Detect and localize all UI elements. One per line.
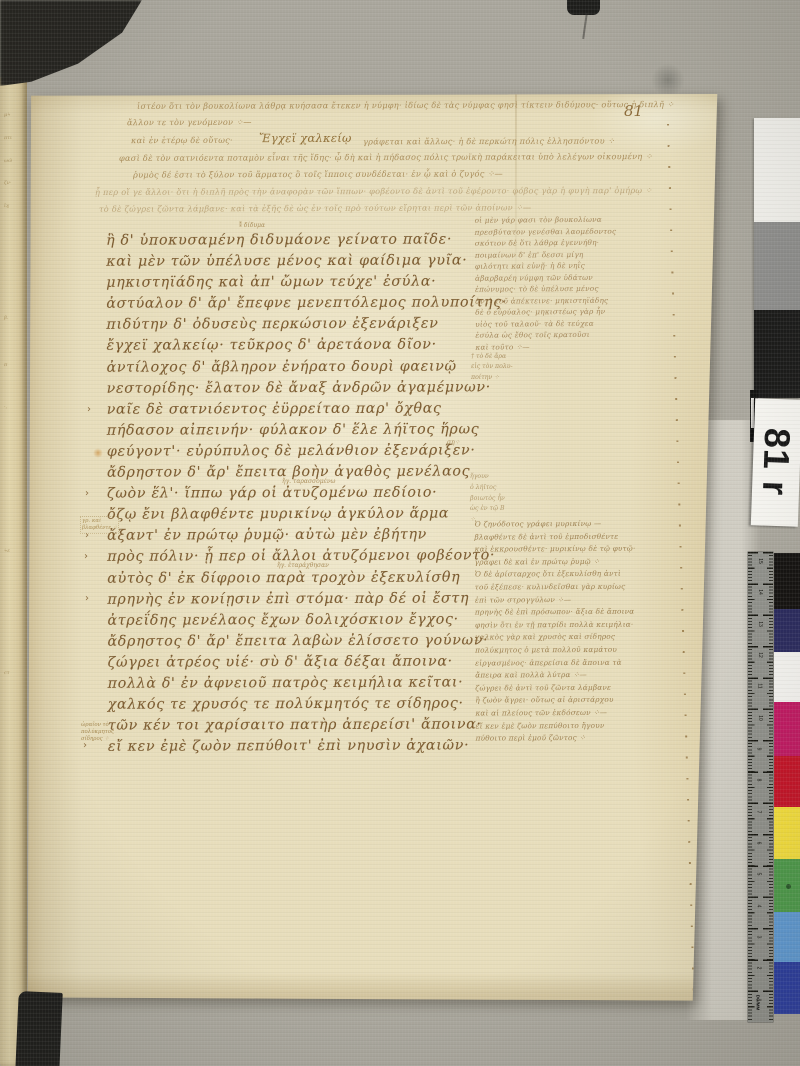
ruler-number: 9 xyxy=(755,748,761,751)
edge-mark: ζν· xyxy=(4,180,12,186)
color-patch xyxy=(774,702,800,756)
grayscale-patch xyxy=(754,310,800,398)
clip-thread xyxy=(582,13,588,39)
ruler-number: 5 xyxy=(755,873,761,876)
color-calibration-bar xyxy=(774,553,800,1014)
interlinear-glosses: ⁑ δίδυμαἤγ. ταρασσομένωση⁘ἤγ. ἐταράχθησα… xyxy=(27,88,719,1002)
ruler-number: 6 xyxy=(755,842,761,845)
color-patch xyxy=(774,609,800,652)
color-patch xyxy=(774,912,800,962)
ruler-number: 12 xyxy=(757,652,763,658)
black-strip-bottom-left xyxy=(15,991,62,1066)
ruler-number: 8 xyxy=(755,779,761,782)
page-clip xyxy=(567,0,600,15)
folio-label-text: 81 r xyxy=(757,427,795,494)
edge-mark: ·, xyxy=(4,404,7,410)
book-clamp-top-left xyxy=(0,0,142,86)
interlinear-gloss: ⁑ δίδυμα xyxy=(239,222,265,229)
edge-mark: μϟ xyxy=(4,112,11,118)
edge-mark: π xyxy=(4,362,8,368)
edge-mark: β. xyxy=(4,315,9,321)
edge-mark: ωῶ xyxy=(4,158,12,164)
edge-mark: ϟε xyxy=(4,548,10,554)
ruler-number: 14 xyxy=(757,589,763,595)
manuscript-page[interactable]: 81 ἰστέον ὅτι τὸν βουκολίωνα λάθρᾳ κυήσα… xyxy=(27,88,719,1002)
green-patch-dot xyxy=(786,884,791,889)
edge-mark: ϲτ xyxy=(4,670,10,676)
grayscale-card xyxy=(754,118,800,398)
color-patch xyxy=(774,756,800,807)
ruler-number: 10 xyxy=(757,715,763,721)
ruler-unit-label: DC/MM xyxy=(755,995,760,1011)
ruler-number: 7 xyxy=(755,811,761,814)
color-patch xyxy=(774,553,800,609)
edge-mark: ἰϗ xyxy=(4,203,9,209)
folio-label-card: 81 r xyxy=(751,398,800,527)
photographed-manuscript-scene: { "photo": { "folio_label": "81 r", "rul… xyxy=(0,0,800,1066)
interlinear-gloss: ἤγ. ταρασσομένω xyxy=(282,478,335,485)
color-patch xyxy=(774,962,800,1014)
ruler-number: 11 xyxy=(757,683,763,688)
ruler-number: 3 xyxy=(755,936,761,939)
page-edge-strip: μϟπτιωῶζν·ἰϗβ.π·,ϟεϲτ xyxy=(0,74,27,1066)
ruler-number: 2 xyxy=(755,967,761,970)
color-patch xyxy=(774,807,800,859)
ruler-number: 13 xyxy=(757,621,763,627)
ruler-number: 4 xyxy=(755,905,761,908)
interlinear-gloss: ση⁘ xyxy=(447,439,460,446)
edge-mark: πτι xyxy=(4,135,12,141)
ruler-number: 1 xyxy=(755,999,761,1002)
ruler-number: 15 xyxy=(757,558,763,564)
color-patch xyxy=(774,652,800,702)
ruler: DC/MM 151413121110987654321 xyxy=(748,552,773,1022)
grayscale-patch xyxy=(754,222,800,310)
interlinear-gloss: ἤγ. ἐταράχθησαν xyxy=(277,562,329,569)
grayscale-patch xyxy=(754,118,800,222)
manuscript-page-wrap: 81 ἰστέον ὅτι τὸν βουκολίωνα λάθρᾳ κυήσα… xyxy=(27,88,719,1002)
